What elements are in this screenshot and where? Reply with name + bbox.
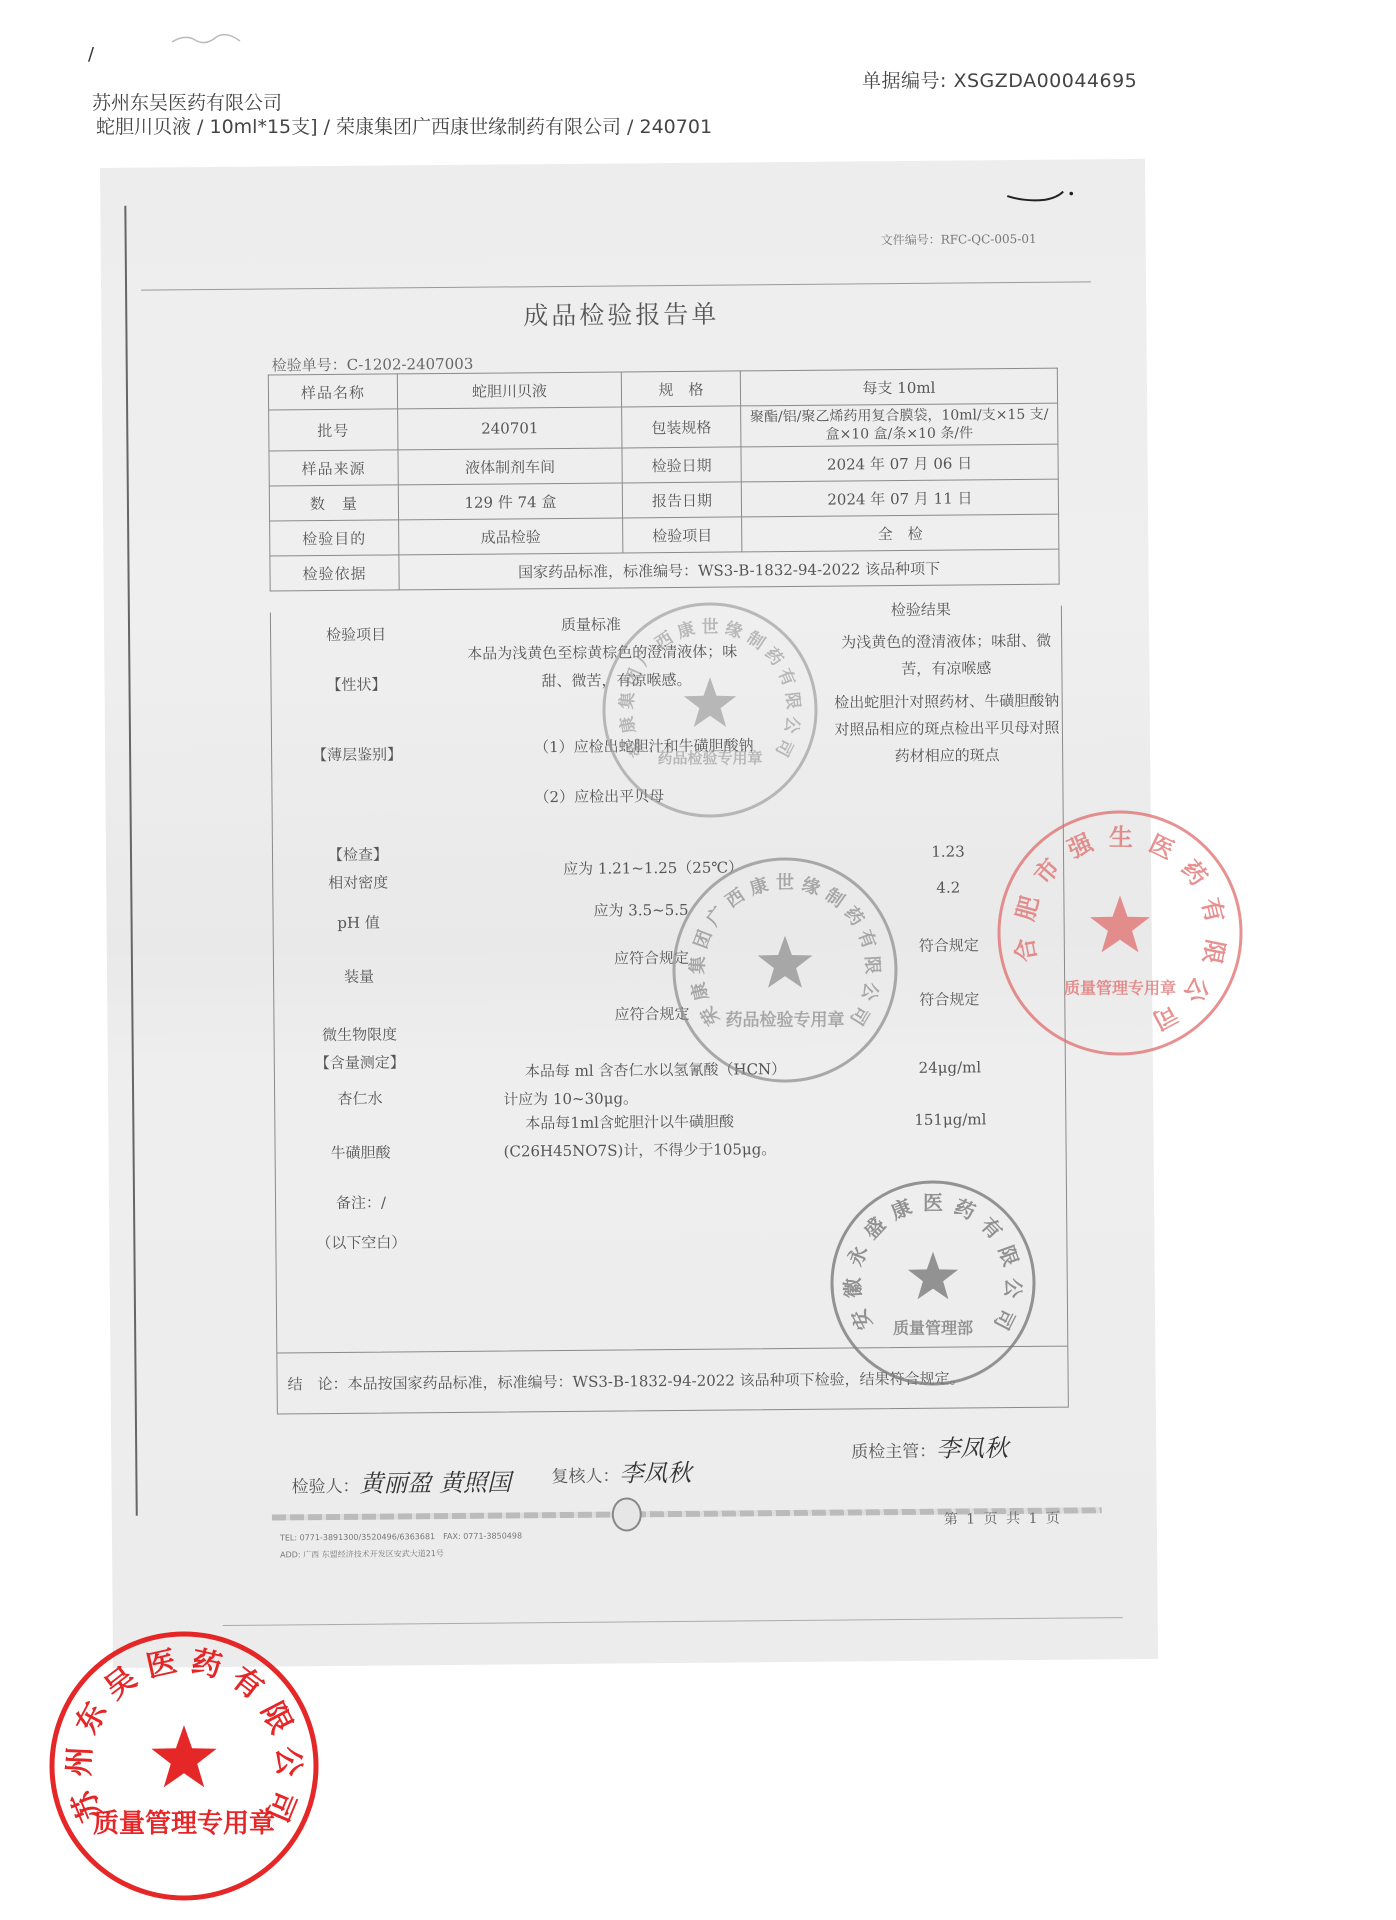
info-value-2: 全 检 bbox=[742, 514, 1059, 552]
info-label-2: 规 格 bbox=[621, 371, 740, 407]
product-line: 蛇胆川贝液 / 10ml*15支] / 荣康集团广西康世缘制药有限公司 / 24… bbox=[96, 112, 712, 139]
info-value-2: 2024 年 07 月 11 日 bbox=[741, 479, 1058, 517]
check-header: 【检查】 bbox=[273, 843, 443, 865]
footer-address: ADD: 广西 东盟经济技术开发区安武大道21号 bbox=[280, 1548, 444, 1560]
apricot-standard-2: 计应为 10~30μg。 bbox=[503, 1087, 638, 1109]
report-title: 成品检验报告单 bbox=[101, 291, 1141, 336]
conclusion-box: 结 论：本品按国家药品标准，标准编号：WS3-B-1832-94-2022 该品… bbox=[276, 1346, 1069, 1415]
info-value: 129 件 74 盒 bbox=[398, 483, 622, 520]
info-row: 批号240701包装规格聚酯/铝/聚乙烯药用复合膜袋，10ml/支×15 支/盒… bbox=[269, 403, 1058, 451]
reviewer-name: 李凤秋 bbox=[619, 1459, 691, 1488]
info-label-2: 检验日期 bbox=[622, 447, 741, 483]
info-value: 240701 bbox=[398, 407, 622, 450]
taurocholic-result: 151μg/ml bbox=[835, 1106, 1065, 1135]
inspector-signature: 检验人：黄丽盈 黄照国 bbox=[291, 1462, 511, 1499]
page-info: 第 1 页 共 1 页 bbox=[944, 1508, 1062, 1529]
density-standard: 应为 1.21~1.25（25℃） bbox=[563, 856, 743, 879]
reviewer-label: 复核人： bbox=[551, 1467, 619, 1488]
results-section: 检验项目 质量标准 检验结果 【性状】 本品为浅黄色至棕黄棕色的澄清液体；味 甜… bbox=[270, 606, 1068, 1353]
footer-tel: TEL: 0771-3891300/3520496/6363681 FAX: 0… bbox=[280, 1530, 522, 1543]
info-table: 样品名称蛇胆川贝液规 格每支 10ml批号240701包装规格聚酯/铝/聚乙烯药… bbox=[268, 368, 1060, 592]
info-value: 蛇胆川贝液 bbox=[397, 372, 621, 409]
density-item: 相对密度 bbox=[273, 871, 443, 893]
conclusion-text: 结 论：本品按国家药品标准，标准编号：WS3-B-1832-94-2022 该品… bbox=[288, 1368, 965, 1395]
pen-scribble bbox=[170, 32, 250, 46]
basis-value: 国家药品标准，标准编号：WS3-B-1832-94-2022 该品种项下 bbox=[399, 549, 1059, 590]
filling-result: 符合规定 bbox=[834, 932, 1064, 961]
scan-edge-line bbox=[124, 206, 137, 1516]
appearance-result: 为浅黄色的澄清液体；味甜、微苦，有凉喉感 bbox=[831, 628, 1061, 684]
svg-text:司: 司 bbox=[258, 1785, 302, 1826]
info-label: 样品名称 bbox=[268, 374, 397, 410]
filling-item: 装量 bbox=[274, 965, 444, 987]
reviewer-signature: 复核人：李凤秋 bbox=[551, 1453, 691, 1489]
apricot-item: 杏仁水 bbox=[275, 1087, 445, 1109]
info-label-2: 检验项目 bbox=[623, 517, 742, 553]
appearance-item: 【性状】 bbox=[271, 673, 441, 695]
svg-text:有: 有 bbox=[1196, 895, 1229, 925]
results-header-standard: 质量标准 bbox=[561, 613, 621, 635]
appearance-standard-2: 甜、微苦，有凉喉感。 bbox=[541, 669, 691, 691]
bottom-rule bbox=[223, 1617, 1123, 1626]
filling-standard: 应符合规定 bbox=[614, 947, 689, 969]
microbial-item: 微生物限度 bbox=[274, 1023, 444, 1045]
inspector-label: 检验人： bbox=[291, 1477, 359, 1498]
svg-text:苏: 苏 bbox=[66, 1784, 110, 1826]
svg-text:公: 公 bbox=[270, 1746, 306, 1777]
company-logo-icon bbox=[612, 1497, 642, 1531]
taurocholic-item: 牛磺胆酸 bbox=[276, 1141, 446, 1163]
basis-label: 检验依据 bbox=[270, 555, 399, 591]
apricot-standard-1: 本品每 ml 含杏仁水以氢氰酸（HCN） bbox=[525, 1058, 786, 1081]
density-result: 1.23 bbox=[833, 838, 1063, 867]
info-label: 批号 bbox=[269, 409, 398, 451]
ph-standard: 应为 3.5~5.5 bbox=[593, 899, 688, 921]
taurocholic-standard-2: (C26H45NO7S)计，不得少于105μg。 bbox=[504, 1138, 777, 1161]
qc-supervisor-label: 质检主管： bbox=[851, 1442, 936, 1463]
svg-text:司: 司 bbox=[1148, 999, 1182, 1035]
remarks: 备注：/ bbox=[276, 1191, 446, 1213]
info-label: 数 量 bbox=[269, 485, 398, 521]
document-number: 单据编号: XSGZDA00044695 bbox=[862, 66, 1137, 93]
top-rule bbox=[141, 281, 1091, 290]
ph-item: pH 值 bbox=[274, 911, 444, 933]
file-number: 文件编号：RFC-QC-005-01 bbox=[881, 230, 1037, 248]
blank-below: （以下空白） bbox=[276, 1231, 446, 1253]
tlc-standard-2: （2）应检出平贝母 bbox=[534, 785, 664, 807]
results-header-item: 检验项目 bbox=[271, 623, 441, 645]
svg-text:质量管理专用章: 质量管理专用章 bbox=[93, 1808, 275, 1839]
pen-mark bbox=[1005, 189, 1075, 210]
svg-text:限: 限 bbox=[254, 1697, 299, 1740]
company-name: 苏州东吴医药有限公司 bbox=[92, 88, 282, 115]
tlc-item: 【薄层鉴别】 bbox=[272, 743, 442, 765]
info-value-2: 聚酯/铝/聚乙烯药用复合膜袋，10ml/支×15 支/盒×10 盒/条×10 条… bbox=[741, 403, 1058, 447]
assay-header: 【含量测定】 bbox=[275, 1051, 445, 1073]
basis-row: 检验依据 国家药品标准，标准编号：WS3-B-1832-94-2022 该品种项… bbox=[270, 549, 1059, 591]
svg-text:州: 州 bbox=[62, 1746, 98, 1777]
microbial-standard: 应符合规定 bbox=[614, 1003, 689, 1025]
info-label-2: 报告日期 bbox=[622, 482, 741, 518]
info-value: 液体制剂车间 bbox=[398, 448, 622, 485]
info-label: 检验目的 bbox=[270, 520, 399, 556]
tlc-result: 检出蛇胆汁对照药材、牛磺胆酸钠对照品相应的斑点检出平贝母对照药材相应的斑点 bbox=[832, 688, 1063, 771]
qc-supervisor-signature: 质检主管：李凤秋 bbox=[851, 1428, 1008, 1464]
info-value-2: 2024 年 07 月 06 日 bbox=[741, 444, 1058, 482]
info-label-2: 包装规格 bbox=[622, 406, 741, 448]
svg-text:公: 公 bbox=[1178, 972, 1215, 1008]
taurocholic-standard-1: 本品每1ml含蛇胆汁以牛磺胆酸 bbox=[525, 1111, 734, 1134]
appearance-standard-1: 本品为浅黄色至棕黄棕色的澄清液体；味 bbox=[467, 640, 737, 663]
apricot-result: 24μg/ml bbox=[835, 1054, 1065, 1083]
qc-supervisor-name: 李凤秋 bbox=[936, 1434, 1008, 1463]
info-label: 样品来源 bbox=[269, 450, 398, 486]
svg-text:药: 药 bbox=[1176, 855, 1213, 891]
suzhou-quality-seal-stamp: 苏州东吴医药有限公司质量管理专用章 bbox=[48, 1630, 320, 1902]
inspector-name: 黄丽盈 黄照国 bbox=[359, 1468, 511, 1497]
scanned-report: 文件编号：RFC-QC-005-01 成品检验报告单 检验单号：C-1202-2… bbox=[100, 159, 1158, 1668]
ph-result: 4.2 bbox=[833, 874, 1063, 903]
info-value: 成品检验 bbox=[399, 518, 623, 555]
info-value-2: 每支 10ml bbox=[740, 368, 1057, 406]
document-number-value: XSGZDA00044695 bbox=[953, 70, 1137, 92]
svg-text:东: 东 bbox=[69, 1697, 114, 1740]
tlc-standard-1: （1）应检出蛇胆汁和牛磺胆酸钠 bbox=[534, 734, 754, 757]
svg-text:有: 有 bbox=[225, 1660, 270, 1706]
document-number-label: 单据编号: bbox=[862, 70, 947, 92]
slash-mark: / bbox=[88, 44, 94, 65]
microbial-result: 符合规定 bbox=[834, 986, 1064, 1015]
svg-text:限: 限 bbox=[1197, 937, 1229, 966]
results-header-result: 检验结果 bbox=[891, 599, 951, 621]
